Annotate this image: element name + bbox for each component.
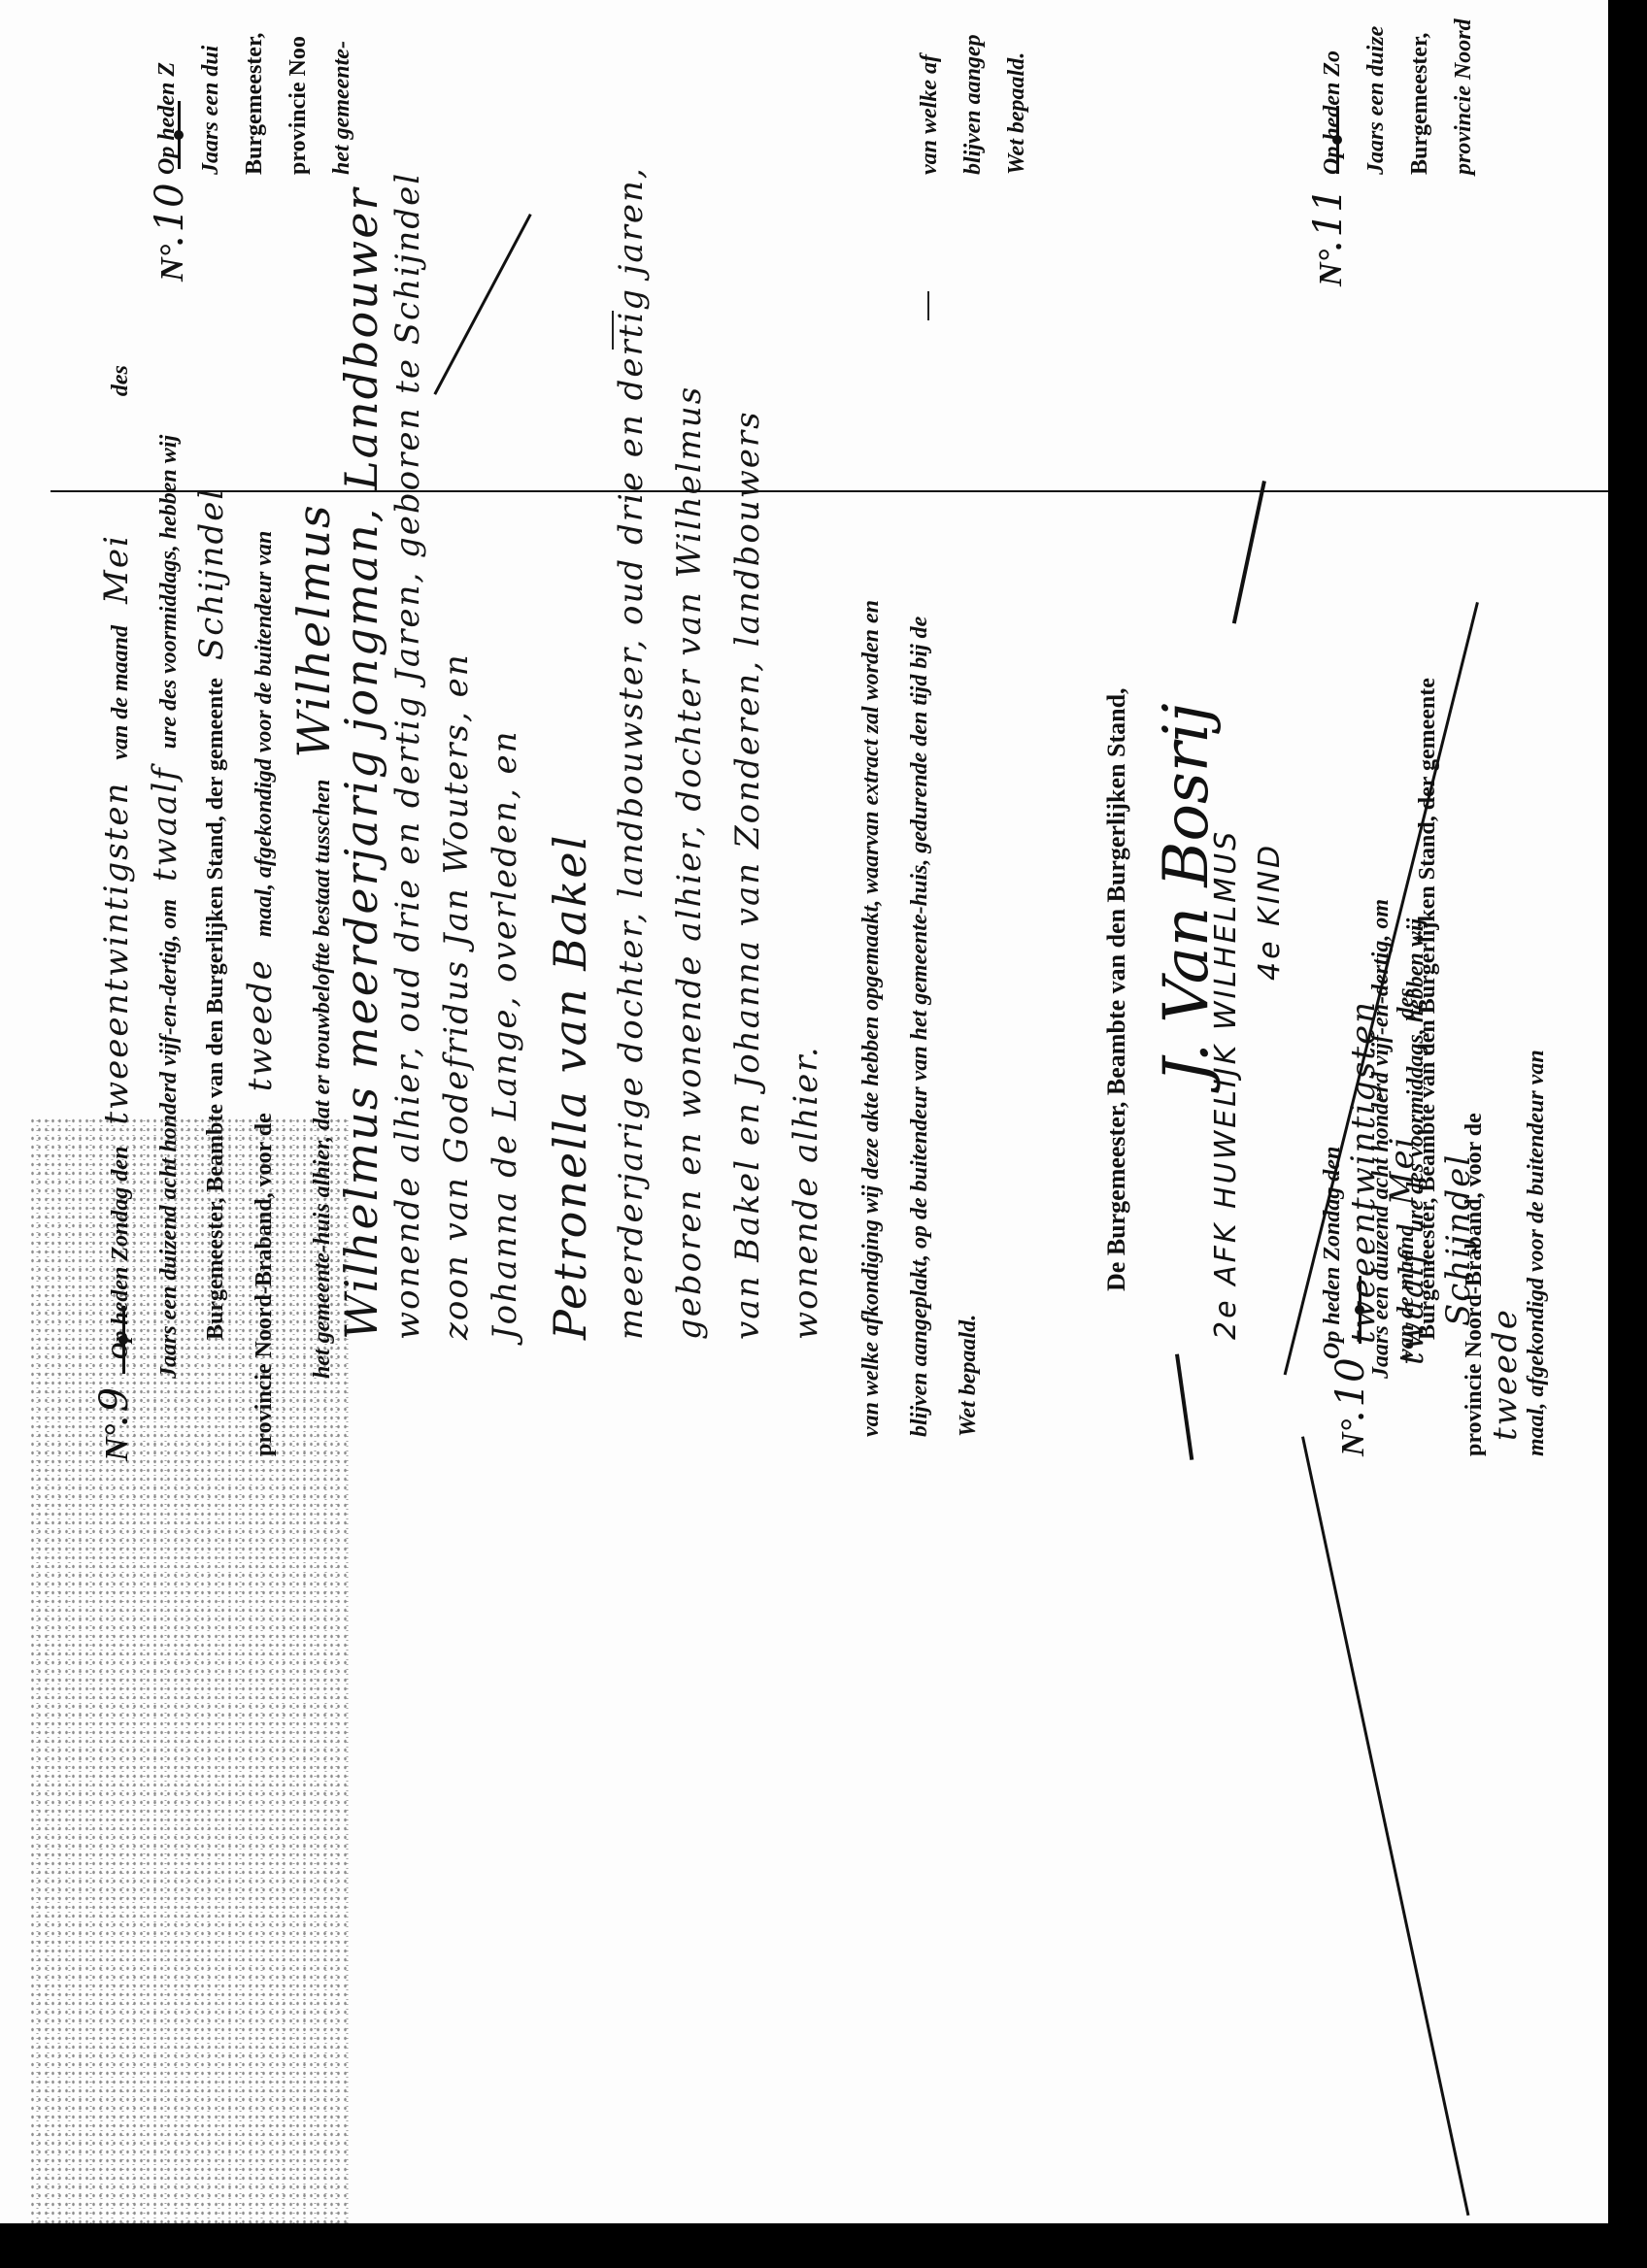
scan-border-bottom [0,2223,1647,2268]
right-entry-11-line-2: Jaars een duize [1364,26,1388,175]
right-entry-10-line-1: Op heden Z [155,62,179,175]
right-entry-10-line-3: Burgemeester, [243,33,266,175]
entry-9-body-3: zoon van Godefridus Jan Wouters, en [437,652,476,1340]
entry-9-line-4: provincie Noord-Braband, voor de tweede … [241,531,280,1456]
right-entry-11-line-3: Burgemeester, [1408,33,1431,175]
right-entry-10-closing-1: van welke af [918,54,941,175]
ink-flourish-stroke [433,214,531,395]
entry-10-line-4: provincie Noord-Braband, voor de tweede … [1462,1050,1548,1456]
entry-9-closing-1: van welke afkondiging wij deze akte hebb… [859,600,883,1437]
right-entry-10-line-4: provincie Noo [286,36,310,175]
entry-9-line-3: Burgemeester, Beambte van den Burgerlijk… [192,487,231,1340]
entry-9-closing-3: Wet bepaald. [957,1315,980,1437]
ink-bracket-stroke [1175,1353,1193,1459]
signature-title: De Burgemeester, Beambte van den Burgerl… [1102,687,1131,1291]
entry-9-closing-2: blijven aangeplakt, op de buitendeur van… [908,617,931,1437]
right-entry-10-line-5: het gemeente- [330,41,353,175]
entry-9-line-1: Op heden Zondag den tweeentwintigsten va… [97,365,136,1359]
annotation-stamp-line-1: 2e AFK HUWELIJK WILHELMUS [1209,829,1243,1340]
entry-9-body-7: geboren en wonende alhier, dochter van W… [670,385,709,1340]
scanned-register-page: N°. 9 Op heden Zondag den tweeentwintigs… [0,0,1647,2268]
right-entry-11-line-4: provincie Noord [1452,18,1475,175]
fold-tick [927,291,929,320]
scan-border-right [1608,0,1647,2268]
annotation-stamp-line-2: 4e KIND [1253,843,1287,981]
right-entry-11-line-1: Op heden Zo [1321,50,1344,175]
right-entry-10-line-2: Jaars een dui [199,46,222,175]
entry-9-body-9: wonende alhier. [787,1045,825,1340]
entry-9-line-2: Jaars een duizend acht honderd vijf-en-d… [146,435,185,1379]
entry-9-body-8: van Bakel en Johanna van Zonderen, landb… [728,410,767,1340]
entry-9-line-5: het gemeente-huis alhier, dat er trouwbe… [287,503,340,1379]
entry-9-body-6: meerderjarige dochter, landbouwster, oud… [612,166,651,1340]
page-gutter-line [50,490,1608,492]
entry-9-body-4: Johanna de Lange, overleden, en [486,729,524,1340]
strike-through-line [1301,1436,1469,2216]
right-entry-10-closing-2: blijven aangep [961,34,985,175]
entry-9-body-5: Petronella van Bakel [544,834,596,1340]
entry-9-body-1: Wilhelmus meerderjarig jongman, Landbouw… [335,187,387,1340]
entry-9-body-2: wonende alhier, oud drie en dertig Jaren… [388,172,427,1340]
right-entry-10-closing-3: Wet bepaald. [1005,52,1028,175]
ink-bracket-stroke [1232,481,1266,624]
